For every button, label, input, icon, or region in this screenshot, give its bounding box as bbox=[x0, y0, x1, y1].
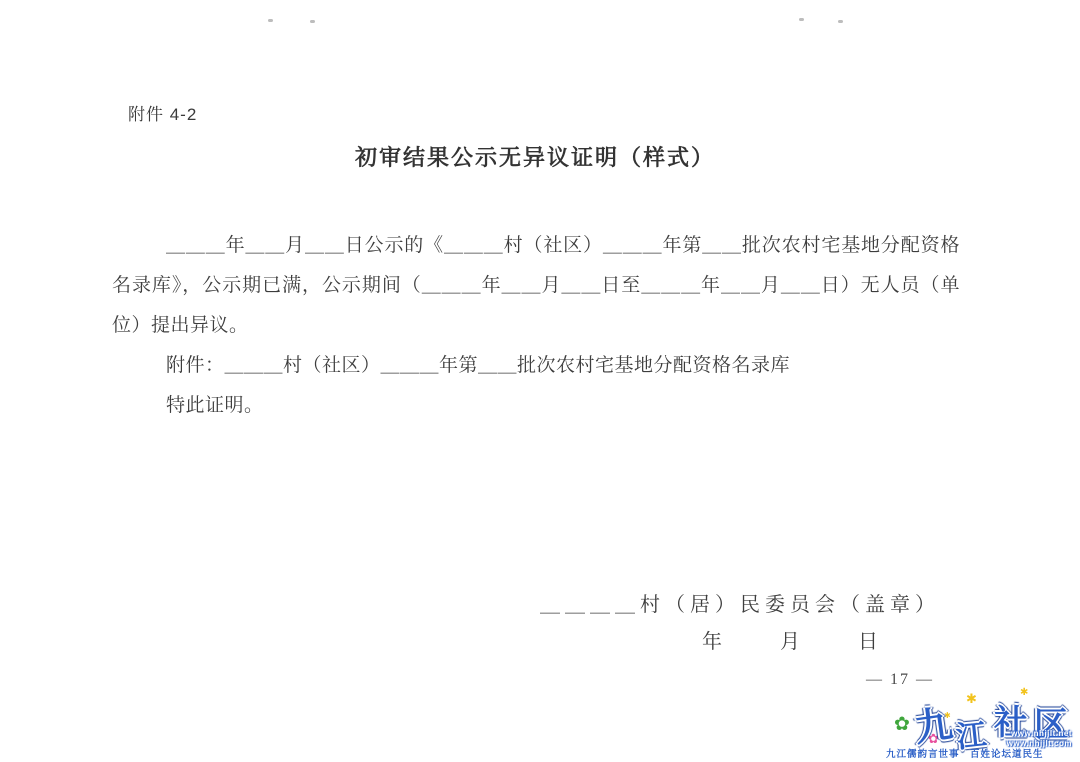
scan-artifact bbox=[310, 20, 315, 23]
scan-artifact bbox=[799, 18, 804, 21]
paragraph-line-3: 位）提出异议。 bbox=[112, 306, 960, 346]
document-body: ＿＿＿年＿＿月＿＿日公示的《＿＿＿村（社区）＿＿＿年第＿＿批次农村宅基地分配资格… bbox=[112, 226, 960, 426]
attachment-label: 附件 4-2 bbox=[128, 100, 197, 125]
date-line: 年 月 日 bbox=[0, 625, 884, 654]
attachment-list-line: 附件：＿＿＿村（社区）＿＿＿年第＿＿批次农村宅基地分配资格名录库 bbox=[112, 346, 960, 386]
forum-watermark-logo: ✱ ✱ ✱ ✿ ✿ 九 江 社 区 www.nhjjlt.net www.nhj… bbox=[886, 689, 1078, 761]
document-title: 初审结果公示无异议证明（样式） bbox=[0, 141, 1070, 172]
closing-line: 特此证明。 bbox=[112, 386, 960, 426]
document-page: 附件 4-2 初审结果公示无异议证明（样式） ＿＿＿年＿＿月＿＿日公示的《＿＿＿… bbox=[0, 0, 1080, 762]
page-number: — 17 — bbox=[0, 671, 934, 689]
flower-icon: ✿ bbox=[894, 713, 910, 736]
signature-line: ＿＿＿＿村（居）民委员会（盖章） bbox=[0, 588, 940, 617]
logo-slogan: 九江儒韵言世事 百姓论坛道民生 bbox=[886, 746, 1078, 760]
paragraph-line-2: 名录库》，公示期已满，公示期间（＿＿＿年＿＿月＿＿日至＿＿＿年＿＿月＿＿日）无人… bbox=[112, 266, 960, 306]
paragraph-line-1: ＿＿＿年＿＿月＿＿日公示的《＿＿＿村（社区）＿＿＿年第＿＿批次农村宅基地分配资格 bbox=[112, 226, 960, 266]
scan-artifact bbox=[838, 20, 843, 23]
scan-artifact bbox=[268, 19, 273, 22]
logo-char-jiu: 九 bbox=[910, 693, 955, 753]
logo-url-net: www.nhjjlt.net bbox=[1011, 729, 1072, 738]
sparkle-icon: ✱ bbox=[966, 691, 977, 707]
